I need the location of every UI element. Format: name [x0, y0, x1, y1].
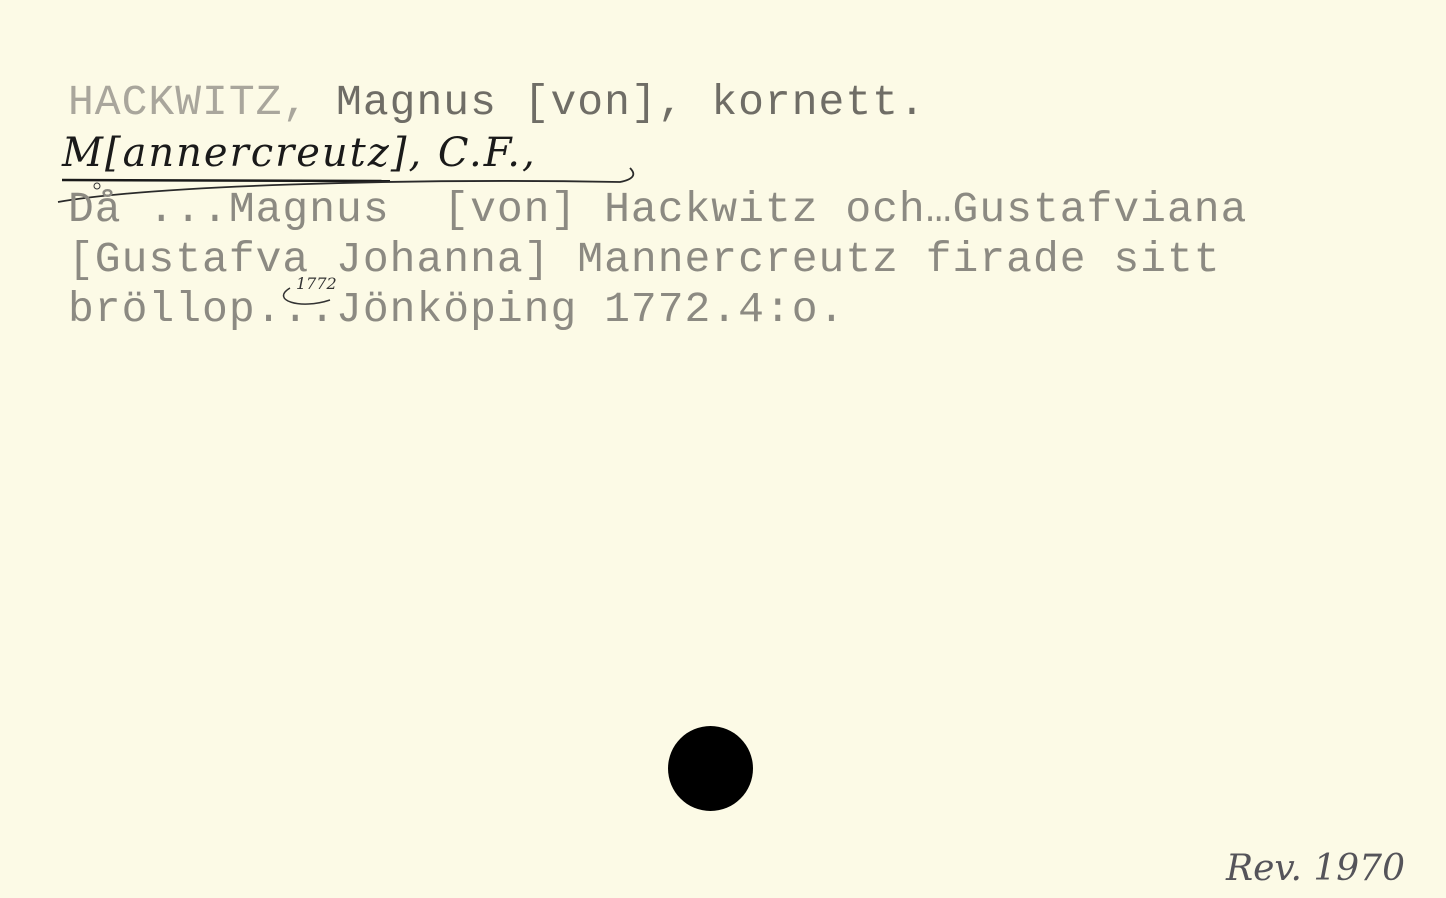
handwritten-year: 1772 — [296, 274, 337, 293]
body-line-3: bröllop...Jönköping 1772.4:o. — [68, 285, 845, 334]
catalog-card: HACKWITZ, Magnus [von], kornett. M[anner… — [0, 0, 1446, 898]
punch-hole — [668, 726, 753, 811]
body-line-1: Då ...Magnus [von] Hackwitz och…Gustafvi… — [68, 185, 1247, 234]
revision-note: Rev. 1970 — [1226, 848, 1405, 889]
card-heading: HACKWITZ, Magnus [von], kornett. — [68, 78, 926, 127]
heading-rest: Magnus [von], kornett. — [309, 78, 926, 127]
body-line-2: [Gustafva Johanna] Mannercreutz firade s… — [68, 235, 1221, 284]
handwritten-reference: M[annercreutz], C.F., — [62, 130, 537, 176]
heading-surname: HACKWITZ, — [68, 78, 309, 127]
